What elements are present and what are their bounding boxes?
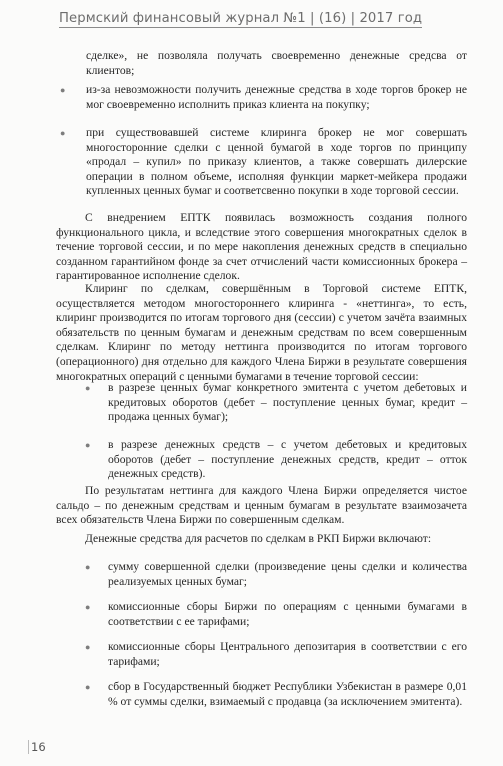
list-item: сбор в Государственный бюджет Республики… [108, 680, 467, 709]
document-page: Пермский финансовый журнал №1 | (16) | 2… [0, 0, 503, 766]
list-item: комиссионные сборы Биржи по операциям с … [108, 600, 467, 629]
list-item: сумму совершенной сделки (произведение ц… [108, 560, 467, 589]
bullet-icon: ● [85, 438, 90, 453]
bullet-icon: ● [85, 381, 90, 396]
bullet-icon: ● [85, 680, 90, 695]
bullet-icon: ● [60, 83, 65, 98]
bullet-icon: ● [85, 640, 90, 655]
bullet-icon: ● [85, 560, 90, 575]
paragraph-net-balance: По результатам неттинга для каждого Член… [56, 484, 467, 528]
paragraph-netting: Клиринг по сделкам, совершённым в Торгов… [56, 282, 467, 384]
list-item: в разрезе ценных бумаг конкретного эмите… [108, 381, 467, 425]
paragraph-funds-include: Денежные средства для расчетов по сделка… [56, 532, 467, 547]
list-item: из-за невозможности получить денежные ср… [86, 83, 467, 112]
page-number: 16 [28, 740, 46, 754]
paragraph-eptk-intro: С внедрением ЕПТК появилась возможность … [56, 211, 467, 284]
list-item: при существовавшей системе клиринга брок… [86, 126, 467, 199]
list-item: комиссионные сборы Центрального депозита… [108, 640, 467, 669]
journal-running-header: Пермский финансовый журнал №1 | (16) | 2… [59, 11, 422, 28]
list-item: в разрезе денежных средств – с учетом де… [108, 438, 467, 482]
bullet-icon: ● [85, 600, 90, 615]
bullet-icon: ● [60, 126, 65, 141]
continuation-paragraph: сделке», не позволяла получать своевреме… [86, 49, 467, 78]
